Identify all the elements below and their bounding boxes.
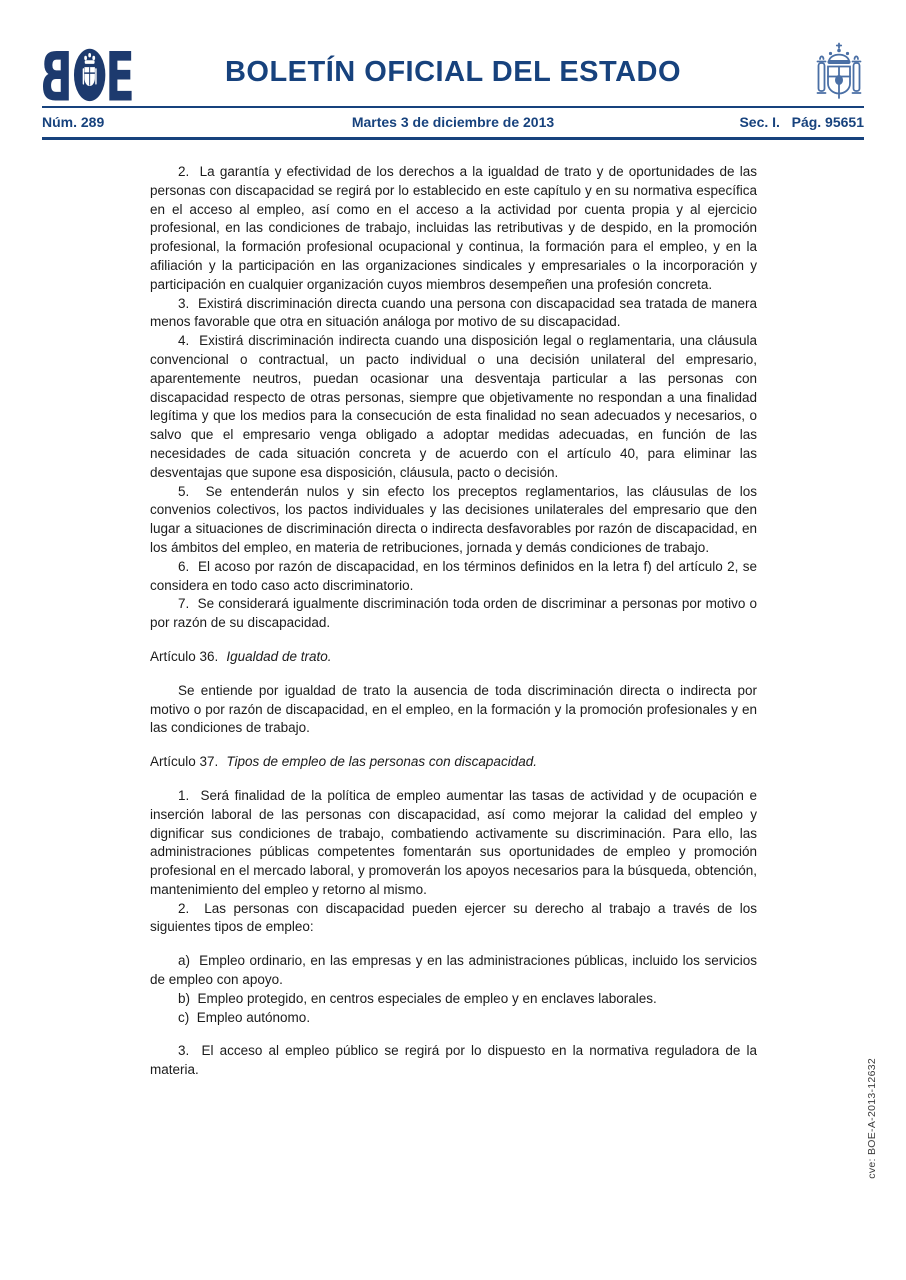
- gazette-page: B E BOLETÍN OFICIAL DEL ESTADO: [0, 0, 906, 1280]
- spain-coat-of-arms-icon: [816, 42, 862, 104]
- paragraph: 3. Existirá discriminación directa cuand…: [150, 295, 757, 333]
- paragraph: 5. Se entenderán nulos y sin efecto los …: [150, 483, 757, 558]
- paragraph: 1. Será finalidad de la política de empl…: [150, 787, 757, 900]
- paragraph: 2. La garantía y efectividad de los dere…: [150, 163, 757, 295]
- cve-code: cve: BOE-A-2013-12632: [866, 1058, 878, 1179]
- paragraph: 4. Existirá discriminación indirecta cua…: [150, 332, 757, 482]
- paragraph: 6. El acoso por razón de discapacidad, e…: [150, 558, 757, 596]
- article-heading: Artículo 37.Tipos de empleo de las perso…: [150, 753, 757, 772]
- list-item: c) Empleo autónomo.: [150, 1009, 757, 1028]
- list-item: b) Empleo protegido, en centros especial…: [150, 990, 757, 1009]
- paragraph: 2. Las personas con discapacidad pueden …: [150, 900, 757, 938]
- paragraph: 3. El acceso al empleo público se regirá…: [150, 1042, 757, 1080]
- masthead-title: BOLETÍN OFICIAL DEL ESTADO: [0, 56, 906, 89]
- article-heading: Artículo 36.Igualdad de trato.: [150, 648, 757, 667]
- article-number: Artículo 37.: [150, 754, 218, 769]
- article-title: Tipos de empleo de las personas con disc…: [226, 754, 537, 769]
- meta-bar: Núm. 289 Martes 3 de diciembre de 2013 S…: [42, 106, 864, 140]
- paragraph: 7. Se considerará igualmente discriminac…: [150, 595, 757, 633]
- document-body: 2. La garantía y efectividad de los dere…: [150, 163, 757, 1080]
- issue-date: Martes 3 de diciembre de 2013: [42, 114, 864, 130]
- paragraph: Se entiende por igualdad de trato la aus…: [150, 682, 757, 738]
- article-number: Artículo 36.: [150, 649, 218, 664]
- list-item: a) Empleo ordinario, en las empresas y e…: [150, 952, 757, 990]
- article-title: Igualdad de trato.: [226, 649, 331, 664]
